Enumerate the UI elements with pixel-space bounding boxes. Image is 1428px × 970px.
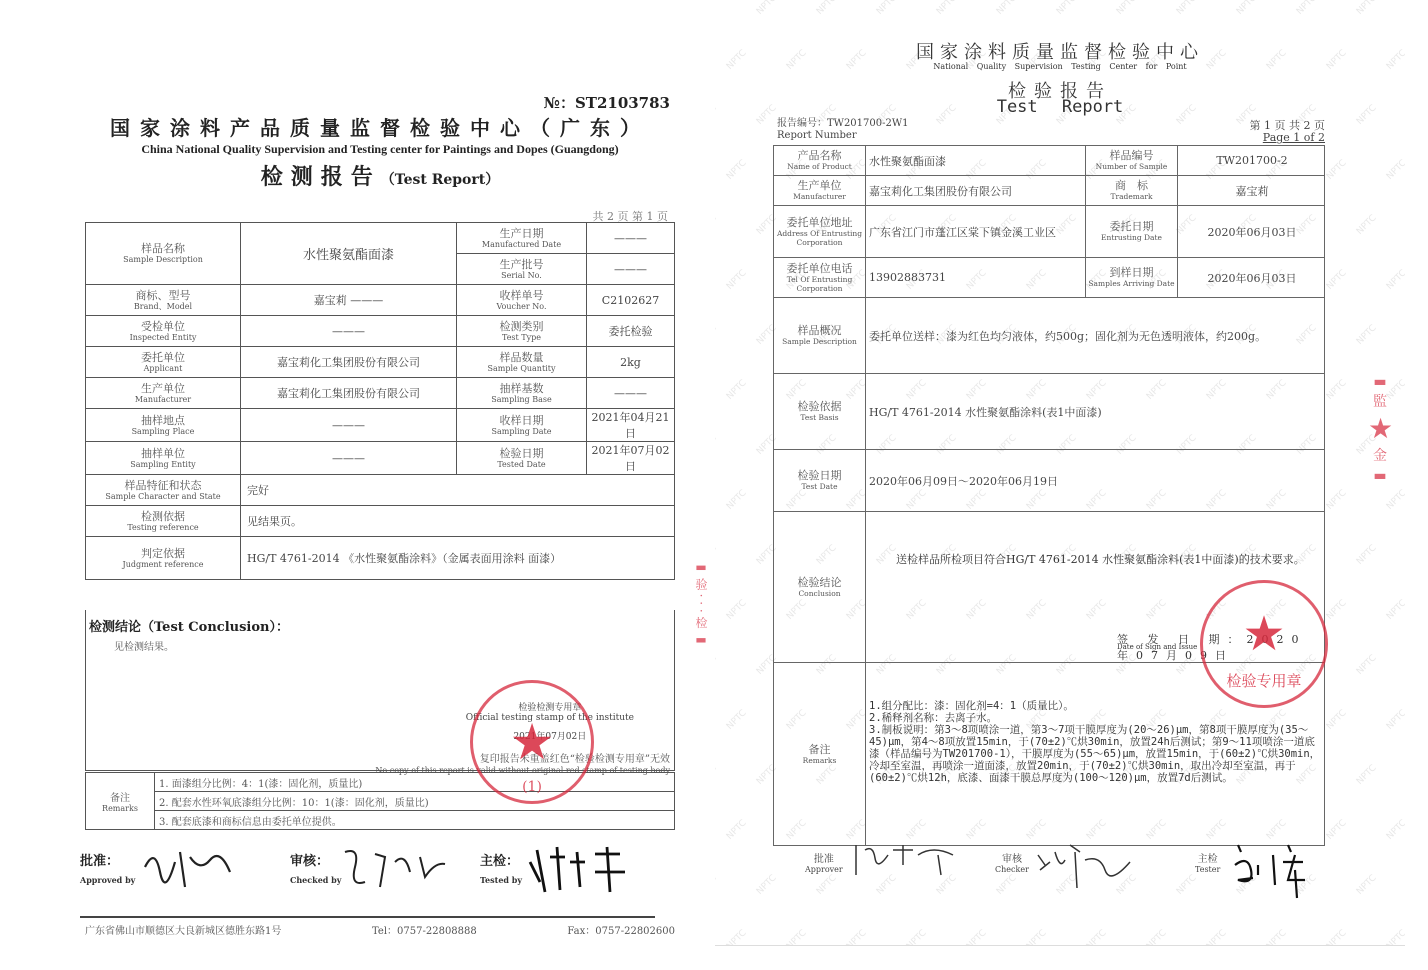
field-label: 商标、型号Brand、Model [86,285,241,316]
table-row: 委托单位Applicant 嘉宝莉化工集团股份有限公司 样品数量Sample Q… [86,347,675,378]
field-value: 嘉宝莉 ——— [241,285,457,316]
signature-icon [1035,840,1135,890]
footer-tel: Tel：0757-22808888 [372,922,477,937]
field-label: 抽样单位Sampling Entity [86,442,241,475]
table-row: 样品特征和状态Sample Character and State 完好 [86,475,675,506]
official-stamp-icon: ★ 检验专用章 [1200,580,1328,708]
remark-item: 3.制板说明：第3～8项喷涂一道，第3～7项干膜厚度为(20～26)μm，第8项… [869,724,1321,784]
field-label: 检验日期Tested Date [457,442,587,475]
table-row: 判定依据Judgment reference HG/T 4761-2014 《水… [86,537,675,580]
field-label: 委托单位Applicant [86,347,241,378]
footer-fax: Fax：0757-22802600 [567,922,675,937]
field-value: TW201700-2 [1178,146,1325,176]
conclusion-heading: 检测结论（Test Conclusion）： [89,616,289,635]
page-en: Page 1 of 2 [1250,132,1325,144]
table-row: 2. 配套水性环氧底漆组分比例：10：1(漆：固化剂，质量比) [86,792,675,811]
table-row: 抽样地点Sampling Place ——— 收样日期Sampling Date… [86,409,675,442]
field-label: 生产单位Manufacturer [86,378,241,409]
table-row: 生产单位Manufacturer 嘉宝莉化工集团股份有限公司 商 标Tradem… [774,176,1325,206]
report-title-en: （Test Report） [381,172,499,188]
report-number: №：ST2103783 [544,92,670,113]
remark-item: 1. 面漆组分比例：4：1(漆：固化剂，质量比) [155,773,675,792]
table-row: 产品名称Name of Product 水性聚氨酯面漆 样品编号Number o… [774,146,1325,176]
table-row: 抽样单位Sampling Entity ——— 检验日期Tested Date … [86,442,675,475]
institute-title-cn: 国家涂料产品质量监督检验中心（广东） [70,112,690,141]
field-value: C2102627 [587,285,675,316]
table-row: 样品名称Sample Description 水性聚氨酯面漆 生产日期Manuf… [86,223,675,254]
field-label: 生产日期Manufactured Date [457,223,587,254]
report-number-label-en: Report Number [777,130,909,142]
table-row: 生产单位Manufacturer 嘉宝莉化工集团股份有限公司 抽样基数Sampl… [86,378,675,409]
field-label: 抽样地点Sampling Place [86,409,241,442]
field-value: 水性聚氨酯面漆 [241,223,457,285]
field-label: 抽样基数Sampling Base [457,378,587,409]
remarks-table: 备注Remarks 1. 面漆组分比例：4：1(漆：固化剂，质量比) 2. 配套… [85,772,675,830]
field-value: 2021年04月21日 [587,409,675,442]
remark-item: 2.稀释剂名称：去离子水。 [869,712,1321,724]
field-value: 嘉宝莉 [1178,176,1325,206]
institute-title-en: National Quality Supervision Testing Cen… [715,62,1405,71]
table-row: 检验依据Test Basis HG/T 4761-2014 水性聚氨酯涂料(表1… [774,374,1325,450]
field-value: ——— [241,409,457,442]
signature-icon [340,842,450,892]
remark-item: 2. 配套水性环氧底漆组分比例：10：1(漆：固化剂，质量比) [155,792,675,811]
field-value: 2020年06月09日～2020年06月19日 [866,450,1325,512]
conclusion-text: 见检测结果。 [114,638,174,653]
field-value: 13902883731 [866,258,1086,298]
checker: 审核Checker [995,850,1029,874]
field-label: 受检单位Inspected Entity [86,316,241,347]
report-title-cn: 检测报告 [261,164,381,190]
institute-title-en: China National Quality Supervision and T… [70,142,690,157]
signature-icon [525,842,635,897]
table-row: 商标、型号Brand、Model 嘉宝莉 ——— 收样单号Voucher No.… [86,285,675,316]
tested-by: 主检：Tested by [480,850,522,885]
table-row: 检验日期Test Date 2020年06月09日～2020年06月19日 [774,450,1325,512]
signature-icon [853,840,963,880]
report-number-value: 报告编号：TW201700-2W1 [777,118,909,130]
report-number: 报告编号：TW201700-2W1 Report Number [777,118,909,142]
approver: 批准Approver [805,850,843,874]
field-label: 委托单位电话Tel Of Entrusting Corporation [774,258,866,298]
right-test-report: NPTCNPTCNPTCNPTCNPTCNPTCNPTCNPTCNPTCNPTC… [715,0,1405,946]
page-indicator: 第 1 页 共 2 页 Page 1 of 2 [1250,120,1325,144]
field-value: 2kg [587,347,675,378]
field-label: 样品名称Sample Description [86,223,241,285]
sample-info-table: 产品名称Name of Product 水性聚氨酯面漆 样品编号Number o… [773,145,1325,846]
field-label: 样品特征和状态Sample Character and State [86,475,241,506]
field-value: ——— [241,442,457,475]
field-value: 2020年06月03日 [1178,206,1325,258]
table-row: 样品概况Sample Description 委托单位送样：漆为红色均匀液体，约… [774,298,1325,374]
field-value: HG/T 4761-2014 水性聚氨酯涂料(表1中面漆) [866,374,1325,450]
field-label: 收样单号Voucher No. [457,285,587,316]
sample-info-table: 样品名称Sample Description 水性聚氨酯面漆 生产日期Manuf… [85,222,675,580]
table-row: 检测依据Testing reference 见结果页。 [86,506,675,537]
field-value: 水性聚氨酯面漆 [866,146,1086,176]
field-value: HG/T 4761-2014 《水性聚氨酯涂料》（金属表面用涂料 面漆） [241,537,675,580]
remarks-label: 备注Remarks [86,773,155,830]
field-label: 样品概况Sample Description [774,298,866,374]
field-label: 检测依据Testing reference [86,506,241,537]
field-label: 商 标Trademark [1086,176,1178,206]
field-value: ——— [587,378,675,409]
report-title-en: Test Report [715,97,1405,117]
signature-block: 批准Approver 审核Checker 主检Tester [795,850,1355,890]
field-value: 完好 [241,475,675,506]
field-value: 嘉宝莉化工集团股份有限公司 [866,176,1086,206]
field-value: 委托单位送样：漆为红色均匀液体，约500g；固化剂为无色透明液体，约200g。 [866,298,1325,374]
field-value: 见结果页。 [241,506,675,537]
field-label: 检验依据Test Basis [774,374,866,450]
table-row: 委托单位电话Tel Of Entrusting Corporation 1390… [774,258,1325,298]
field-value: 嘉宝莉化工集团股份有限公司 [241,347,457,378]
field-label: 样品数量Sample Quantity [457,347,587,378]
field-label: 产品名称Name of Product [774,146,866,176]
signature-icon [140,842,240,892]
table-row: 受检单位Inspected Entity ——— 检测类别Test Type 委… [86,316,675,347]
footer: 广东省佛山市顺德区大良新城区德胜东路1号 Tel：0757-22808888 F… [85,922,675,937]
report-title: 检测报告（Test Report） [70,160,690,191]
official-stamp-icon: ★ (1) [470,680,594,804]
signature-block: 批准：Approved by 审核：Checked by 主检：Tested b… [80,850,680,900]
field-label: 委托日期Entrusting Date [1086,206,1178,258]
field-value: ——— [587,254,675,285]
field-value: 2020年06月03日 [1178,258,1325,298]
sign-date-en: Date of Sign and Issue [1117,643,1197,651]
field-label: 检验结论Conclusion [774,512,866,663]
conclusion-text: 送检样品所检项目符合HG/T 4761-2014 水性聚氨酯涂料(表1中面漆)的… [870,553,1319,567]
field-label: 到样日期Samples Arriving Date [1086,258,1178,298]
footer-divider [80,916,655,918]
field-label: 收样日期Sampling Date [457,409,587,442]
field-label: 检测类别Test Type [457,316,587,347]
seam-stamp-icon: ▬監★金▬ [1368,372,1392,512]
field-label: 判定依据Judgment reference [86,537,241,580]
table-row: 3. 配套底漆和商标信息由委托单位提供。 [86,811,675,830]
field-value: 委托检验 [587,316,675,347]
field-label: 生产单位Manufacturer [774,176,866,206]
checked-by: 审核：Checked by [290,850,341,885]
field-value: 广东省江门市蓬江区棠下镇金溪工业区 [866,206,1086,258]
field-value: 嘉宝莉化工集团股份有限公司 [241,378,457,409]
field-label: 委托单位地址Address Of Entrusting Corporation [774,206,866,258]
field-label: 备注Remarks [774,663,866,846]
signature-icon [1233,840,1313,900]
field-label: 样品编号Number of Sample [1086,146,1178,176]
table-row: 委托单位地址Address Of Entrusting Corporation … [774,206,1325,258]
field-label: 生产批号Serial No. [457,254,587,285]
field-value: 2021年07月02日 [587,442,675,475]
seam-stamp-icon: ▬ 验 · · · 检 ▬ [690,560,710,690]
institute-title-cn: 国家涂料质量监督检验中心 [715,38,1405,64]
field-label: 检验日期Test Date [774,450,866,512]
tester: 主检Tester [1195,850,1220,874]
field-value: ——— [587,223,675,254]
field-value: ——— [241,316,457,347]
approved-by: 批准：Approved by [80,850,135,885]
table-row: 备注Remarks 1. 面漆组分比例：4：1(漆：固化剂，质量比) [86,773,675,792]
left-test-report: №：ST2103783 国家涂料产品质量监督检验中心（广东） China Nat… [70,80,690,950]
stamp-text: 检验专用章 [1203,670,1325,691]
remark-item: 3. 配套底漆和商标信息由委托单位提供。 [155,811,675,830]
footer-address: 广东省佛山市顺德区大良新城区德胜东路1号 [85,922,281,937]
